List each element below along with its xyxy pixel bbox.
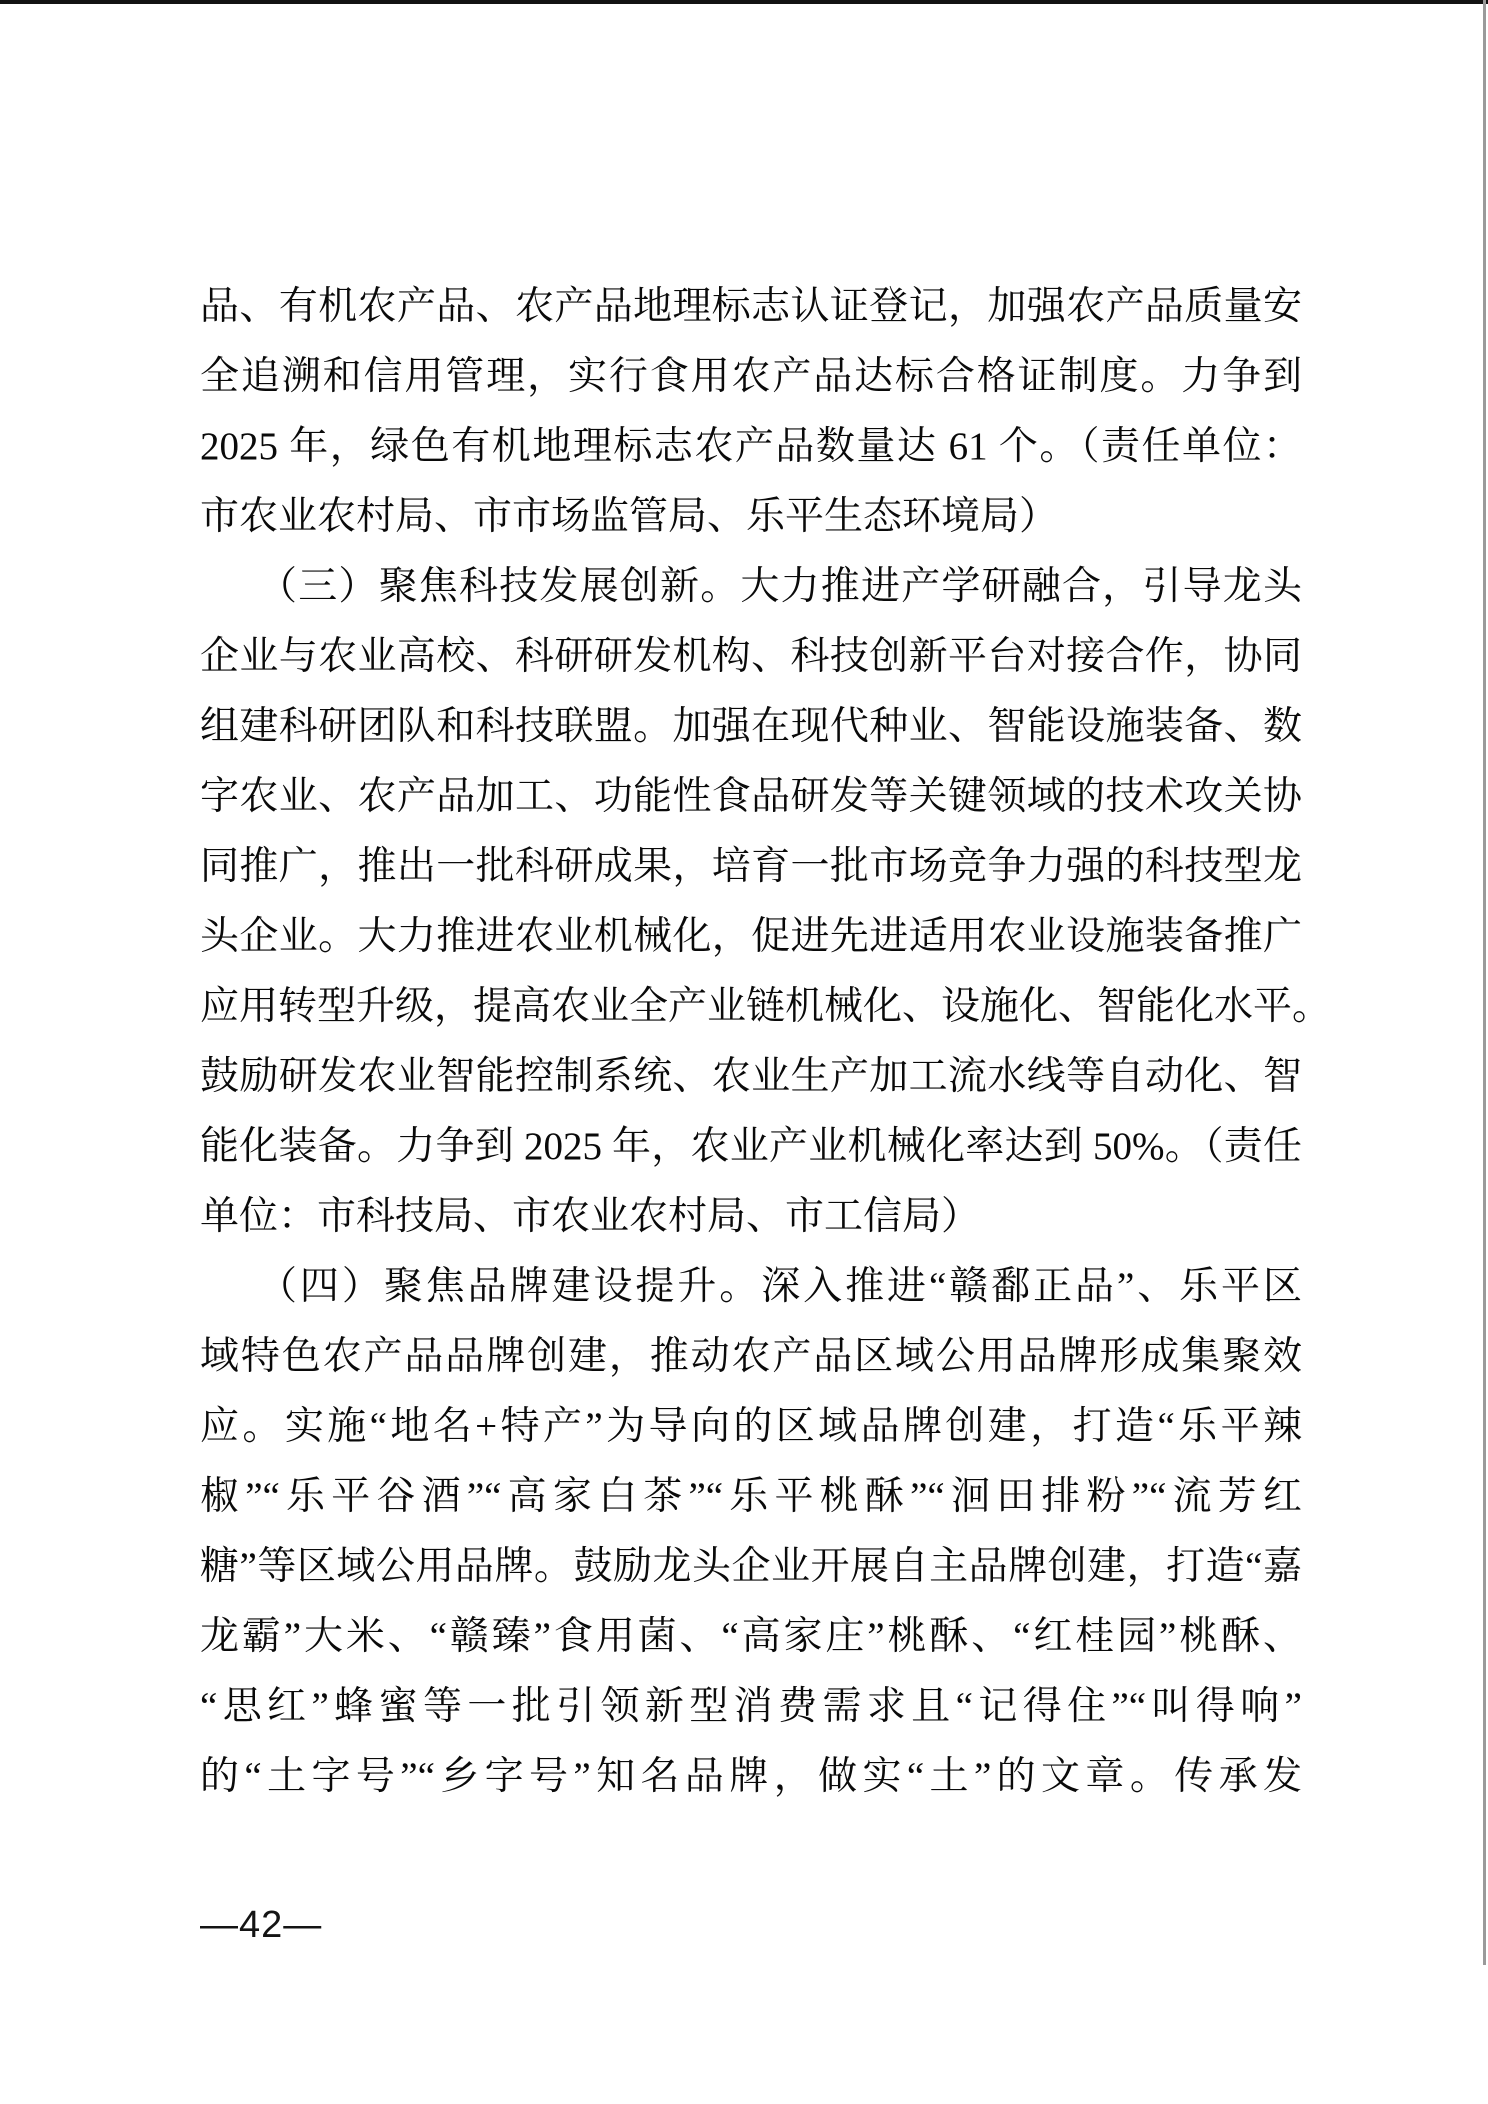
text-line: 企业与农业高校、科研研发机构、科技创新平台对接合作，协同 — [200, 622, 1302, 692]
text-line: 字农业、农产品加工、功能性食品研发等关键领域的技术攻关协 — [200, 762, 1302, 832]
text-line: 头企业。大力推进农业机械化，促进先进适用农业设施装备推广 — [200, 902, 1302, 972]
text-line: 市农业农村局、市市场监管局、乐平生态环境局） — [200, 482, 1302, 552]
document-body-text: 品、有机农产品、农产品地理标志认证登记，加强农产品质量安全追溯和信用管理，实行食… — [200, 272, 1302, 1812]
text-line: 单位：市科技局、市农业农村局、市工信局） — [200, 1182, 1302, 1252]
text-line: 全追溯和信用管理，实行食用农产品达标合格证制度。力争到 — [200, 342, 1302, 412]
text-line: 龙霸”大米、“赣臻”食用菌、“高家庄”桃酥、“红桂园”桃酥、 — [200, 1602, 1302, 1672]
text-line: 能化装备。力争到 2025 年，农业产业机械化率达到 50%。（责任 — [200, 1112, 1302, 1182]
text-line: 鼓励研发农业智能控制系统、农业生产加工流水线等自动化、智 — [200, 1042, 1302, 1112]
text-line: 应用转型升级，提高农业全产业链机械化、设施化、智能化水平。 — [200, 972, 1302, 1042]
text-line: 品、有机农产品、农产品地理标志认证登记，加强农产品质量安 — [200, 272, 1302, 342]
text-line: 同推广，推出一批科研成果，培育一批市场竞争力强的科技型龙 — [200, 832, 1302, 902]
text-line: 应。实施“地名+特产”为导向的区域品牌创建，打造“乐平辣 — [200, 1392, 1302, 1462]
text-line: 椒”“乐平谷酒”“高家白茶”“乐平桃酥”“洄田排粉”“流芳红 — [200, 1462, 1302, 1532]
text-line: 域特色农产品品牌创建，推动农产品区域公用品牌形成集聚效 — [200, 1322, 1302, 1392]
text-line: （三）聚焦科技发展创新。大力推进产学研融合，引导龙头 — [200, 552, 1302, 622]
text-line: 2025 年，绿色有机地理标志农产品数量达 61 个。（责任单位： — [200, 412, 1302, 482]
text-line: “思红”蜂蜜等一批引领新型消费需求且“记得住”“叫得响” — [200, 1672, 1302, 1742]
page-top-edge — [0, 0, 1488, 4]
scanned-document-page: 品、有机农产品、农产品地理标志认证登记，加强农产品质量安全追溯和信用管理，实行食… — [0, 0, 1488, 2104]
page-right-edge — [1483, 0, 1486, 1965]
text-line: 组建科研团队和科技联盟。加强在现代种业、智能设施装备、数 — [200, 692, 1302, 762]
page-number: —42— — [200, 1890, 322, 1960]
text-line: （四）聚焦品牌建设提升。深入推进“赣鄱正品”、乐平区 — [200, 1252, 1302, 1322]
text-line: 的“土字号”“乡字号”知名品牌，做实“土”的文章。传承发 — [200, 1742, 1302, 1812]
text-line: 糖”等区域公用品牌。鼓励龙头企业开展自主品牌创建，打造“嘉 — [200, 1532, 1302, 1602]
